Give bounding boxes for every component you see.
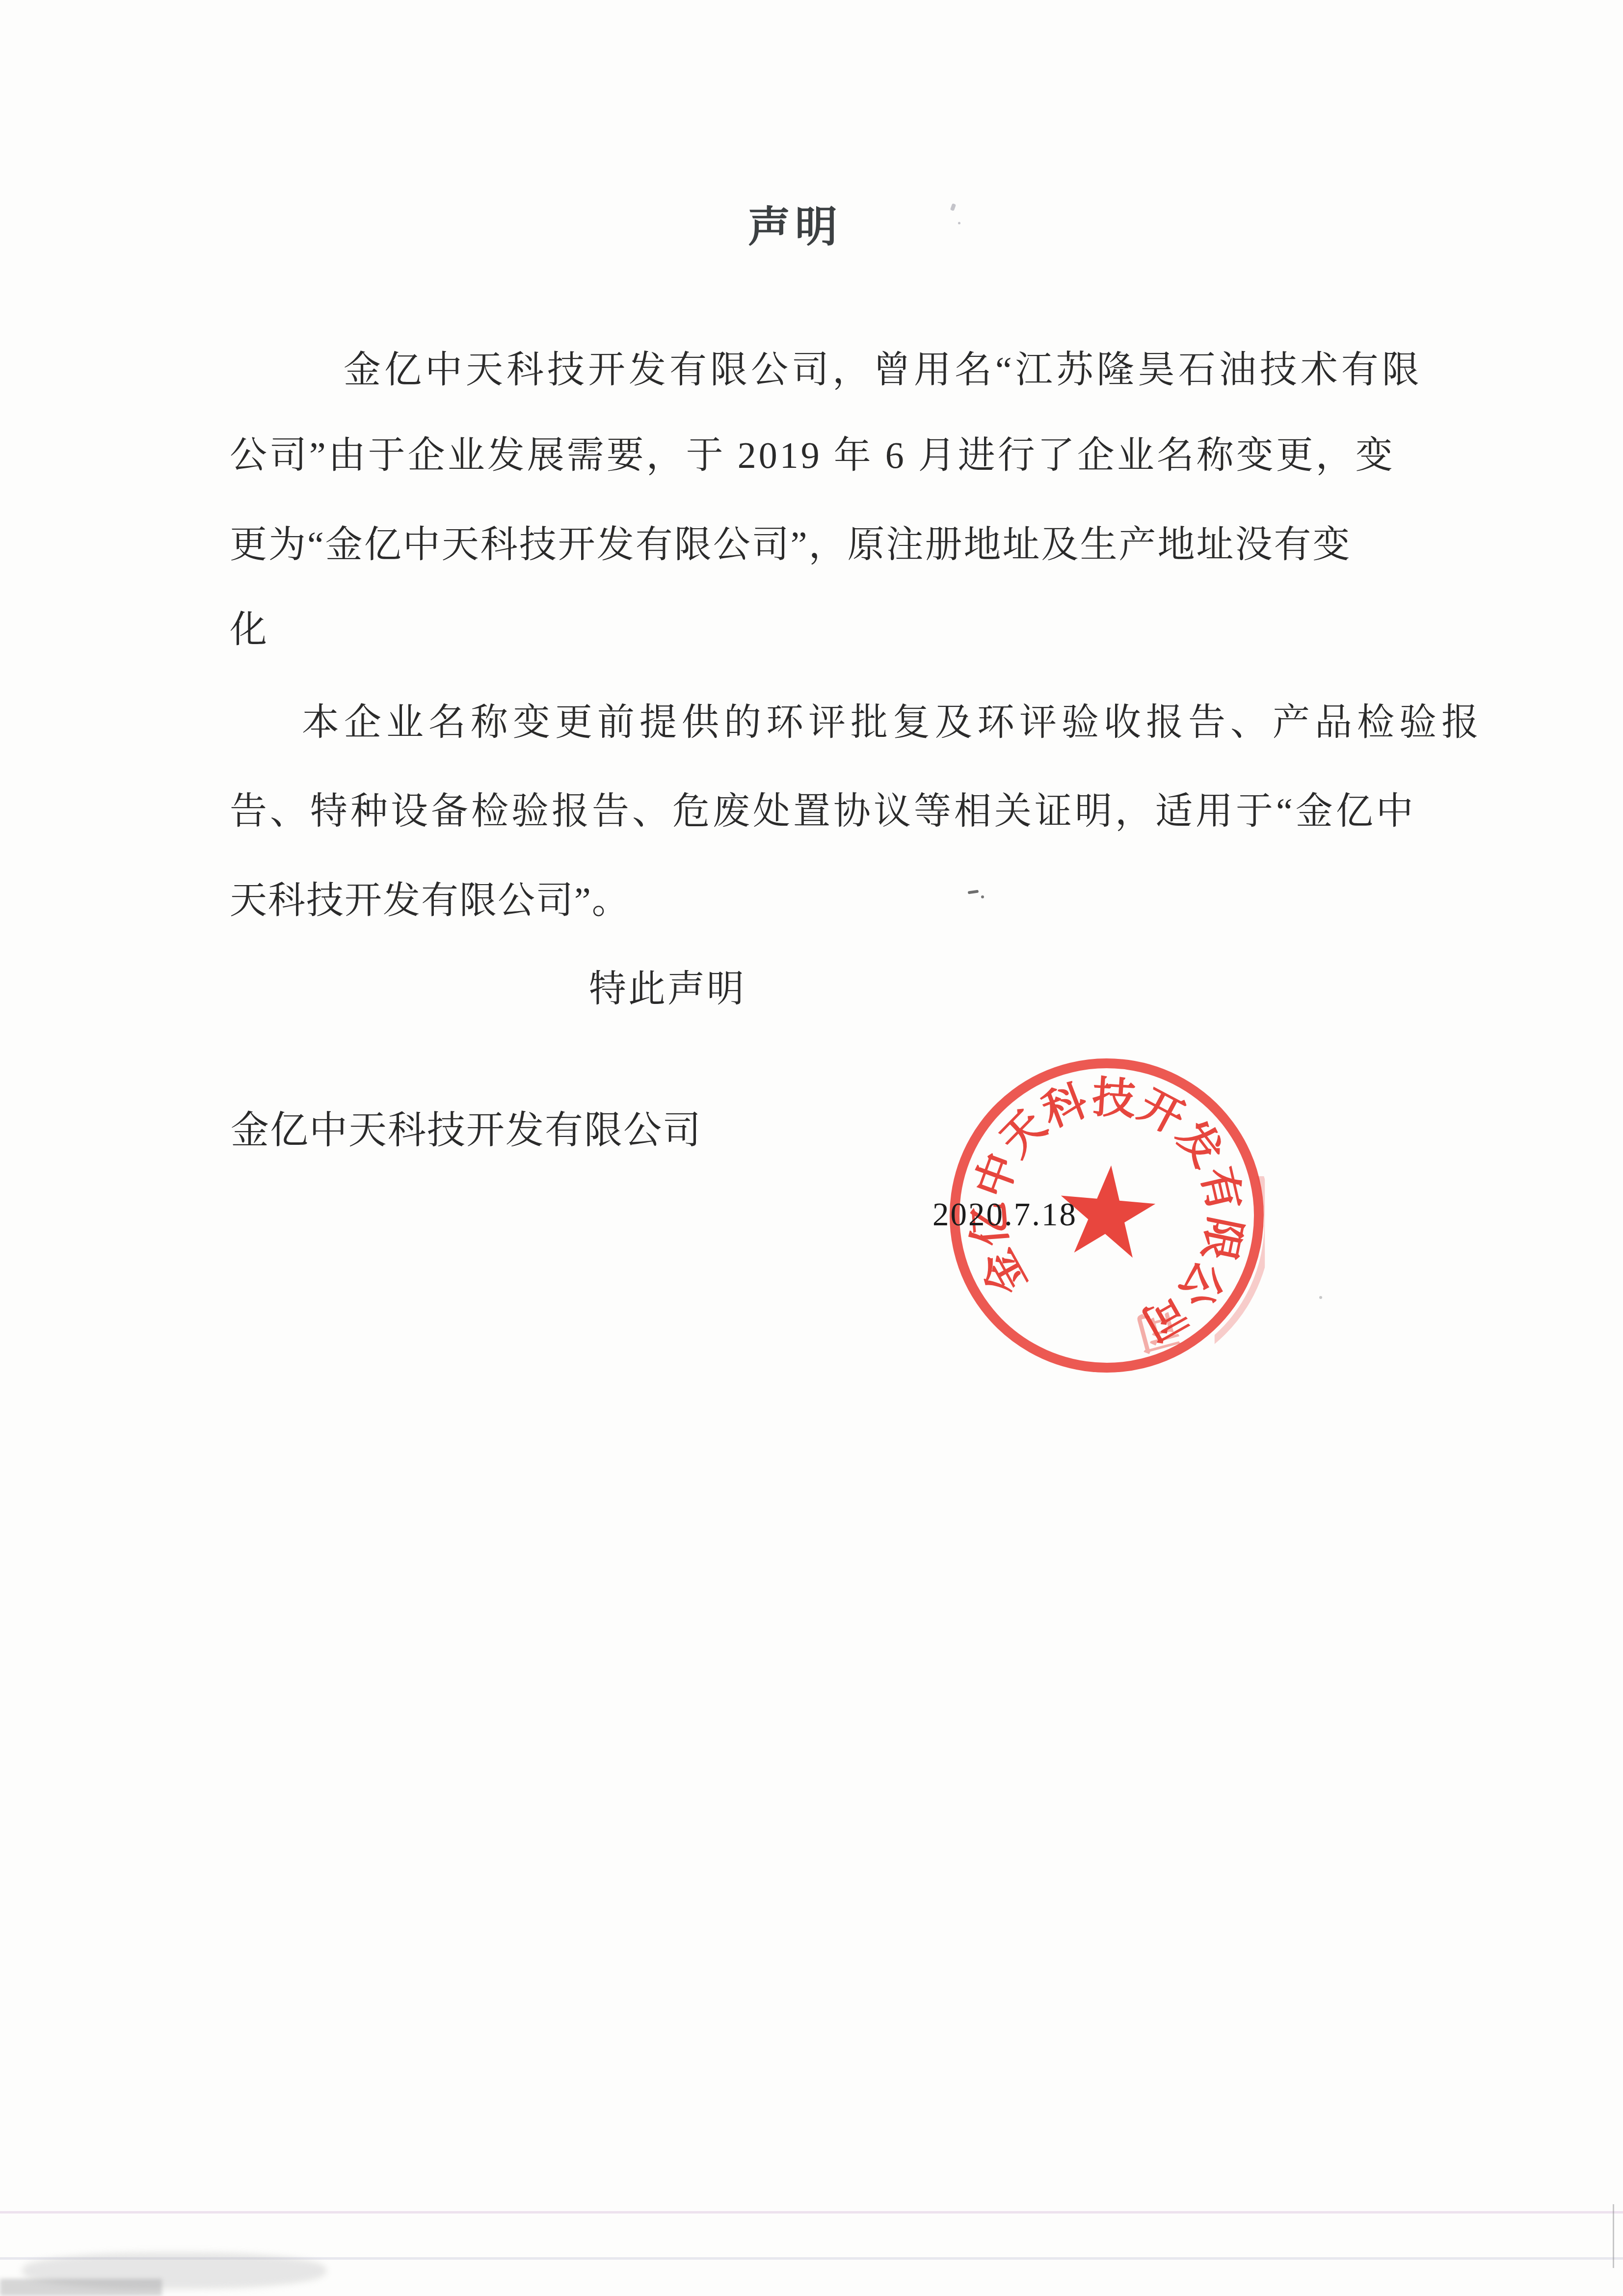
scan-streak-artifact [0,2257,1623,2260]
seal-arc-character: 技 [1090,1076,1138,1123]
paragraph1-line2: 公司”由于企业发展需要，于 2019 年 6 月进行了企业名称变更，变 [230,435,1395,476]
stamp-date: 2020.7.18 [932,1197,1077,1232]
scan-streak-artifact [0,2211,1623,2214]
scan-speck-artifact [958,222,960,224]
scan-speck-artifact [968,890,979,894]
paragraph1-line4: 化 [230,610,268,650]
closing-statement: 特此声明 [589,969,746,1009]
scan-speck-artifact [981,895,984,898]
signature-company-name: 金亿中天科技开发有限公司 [231,1110,702,1151]
paragraph1-line3: 更为“金亿中天科技开发有限公司”，原注册地址及生产地址没有变 [230,525,1351,565]
scan-edge-artifact [1613,2204,1614,2268]
scanned-declaration-page: 声明 金亿中天科技开发有限公司，曾用名“江苏隆昊石油技术有限 公司”由于企业发展… [0,0,1623,2296]
paragraph2-line1: 本企业名称变更前提供的环评批复及环评验收报告、产品检验报 [302,702,1484,743]
paragraph2-line3: 天科技开发有限公司”。 [230,881,630,921]
scan-speck-artifact [1319,1296,1322,1299]
scan-speck-artifact [950,203,956,211]
scan-smudge-artifact [0,2279,162,2296]
page-title: 声明 [748,205,842,249]
paragraph1-line1: 金亿中天科技开发有限公司，曾用名“江苏隆昊石油技术有限 [344,350,1423,390]
paragraph2-line2: 告、特种设备检验报告、危废处置协议等相关证明，适用于“金亿中 [230,791,1416,832]
scan-smudge-artifact [22,2252,326,2289]
